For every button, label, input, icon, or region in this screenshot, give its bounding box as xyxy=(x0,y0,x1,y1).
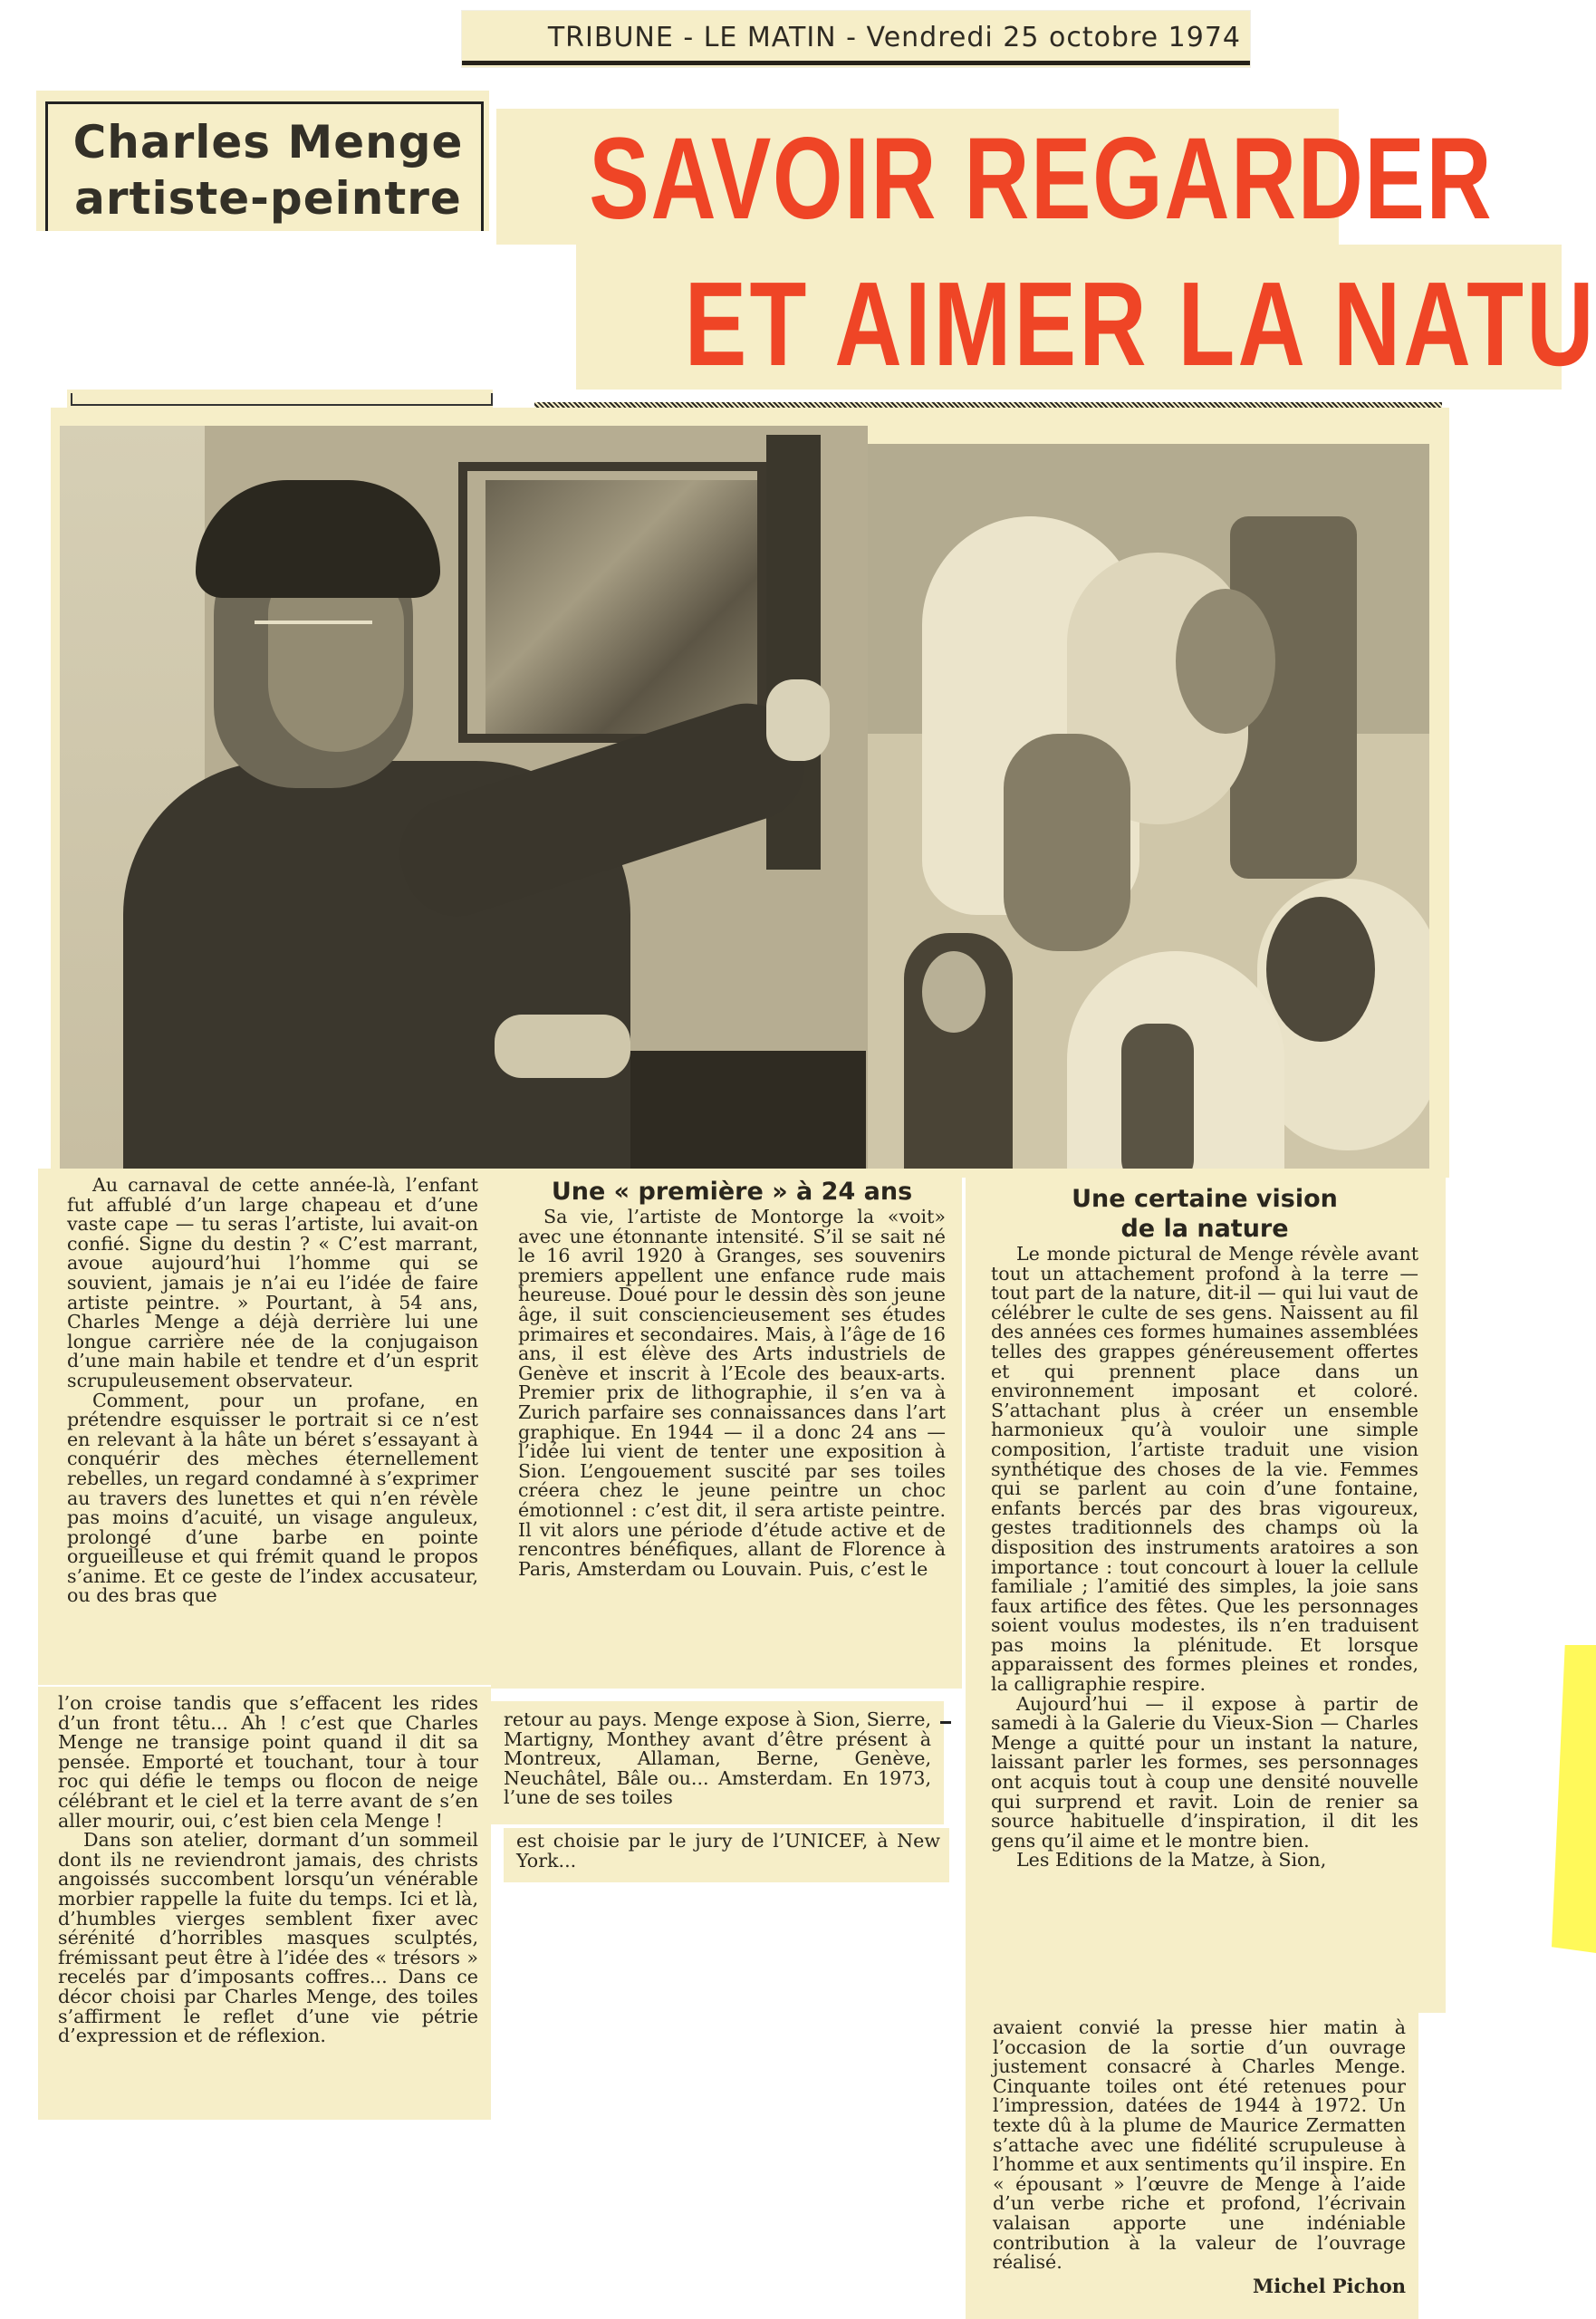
paragraph: retour au pays. Menge expose à Sion, Sie… xyxy=(504,1710,931,1808)
column-3-bottom: avaient convié la presse hier matin à l’… xyxy=(966,2013,1418,2319)
photo-area xyxy=(51,408,1449,1178)
beret xyxy=(196,480,440,598)
headline-line-1-strip: SAVOIR REGARDER xyxy=(496,109,1339,245)
paragraph: Sa vie, l’artiste de Montorge la «voit» … xyxy=(518,1208,946,1579)
column-1-bottom: l’on croise tandis que s’effacent les ri… xyxy=(38,1687,491,2120)
painting-photo xyxy=(868,444,1429,1169)
masthead-text: TRIBUNE - LE MATIN - Vendredi 25 octobre… xyxy=(462,22,1241,53)
column-3-top: Une certaine vision de la nature Le mond… xyxy=(966,1178,1446,2013)
paragraph: Au carnaval de cette année-là, l’enfant … xyxy=(67,1176,478,1391)
subhead-vision-line-2: de la nature xyxy=(991,1215,1418,1243)
column-2-bottom: est choisie par le jury de l’UNICEF, à N… xyxy=(504,1828,949,1882)
column-1-top: Au carnaval de cette année-là, l’enfant … xyxy=(38,1169,491,1685)
glasses xyxy=(255,621,372,624)
column-2-top: Une « première » à 24 ans Sa vie, l’arti… xyxy=(491,1172,962,1689)
headline-line-2-strip: ET AIMER LA NATURE xyxy=(576,245,1562,390)
masthead-rule xyxy=(462,61,1250,65)
byline: Michel Pichon xyxy=(993,2275,1406,2297)
paragraph: Les Editions de la Matze, à Sion, xyxy=(991,1851,1418,1871)
headline-line-2: ET AIMER LA NATURE xyxy=(685,255,1454,392)
artist-photo xyxy=(60,426,868,1169)
paragraph: l’on croise tandis que s’effacent les ri… xyxy=(58,1694,478,1831)
paragraph: Comment, pour un profane, en prétendre e… xyxy=(67,1391,478,1607)
column-1-text: Au carnaval de cette année-là, l’enfant … xyxy=(67,1176,478,1606)
kicker-name: Charles Menge xyxy=(65,116,471,168)
headline-line-1: SAVOIR REGARDER xyxy=(589,112,1245,245)
paragraph: Aujourd’hui — il expose à partir de same… xyxy=(991,1695,1418,1852)
paragraph: est choisie par le jury de l’UNICEF, à N… xyxy=(516,1832,940,1871)
yellow-highlighter-mark xyxy=(1552,1645,1596,1953)
subhead-vision-line-1: Une certaine vision xyxy=(991,1185,1418,1213)
kicker-profession: artiste-peintre xyxy=(65,172,471,225)
kicker-box: Charles Menge artiste-peintre xyxy=(36,91,489,231)
masthead: TRIBUNE - LE MATIN - Vendredi 25 octobre… xyxy=(462,11,1250,67)
kicker-box-bottom xyxy=(67,390,493,408)
paragraph: Dans son atelier, dormant d’un sommeil d… xyxy=(58,1831,478,2046)
paragraph: Le monde pictural de Menge révèle avant … xyxy=(991,1245,1418,1695)
subhead-premiere: Une « première » à 24 ans xyxy=(518,1178,946,1206)
paragraph: avaient convié la presse hier matin à l’… xyxy=(993,2018,1406,2273)
column-2-middle: retour au pays. Menge expose à Sion, Sie… xyxy=(491,1701,944,1824)
